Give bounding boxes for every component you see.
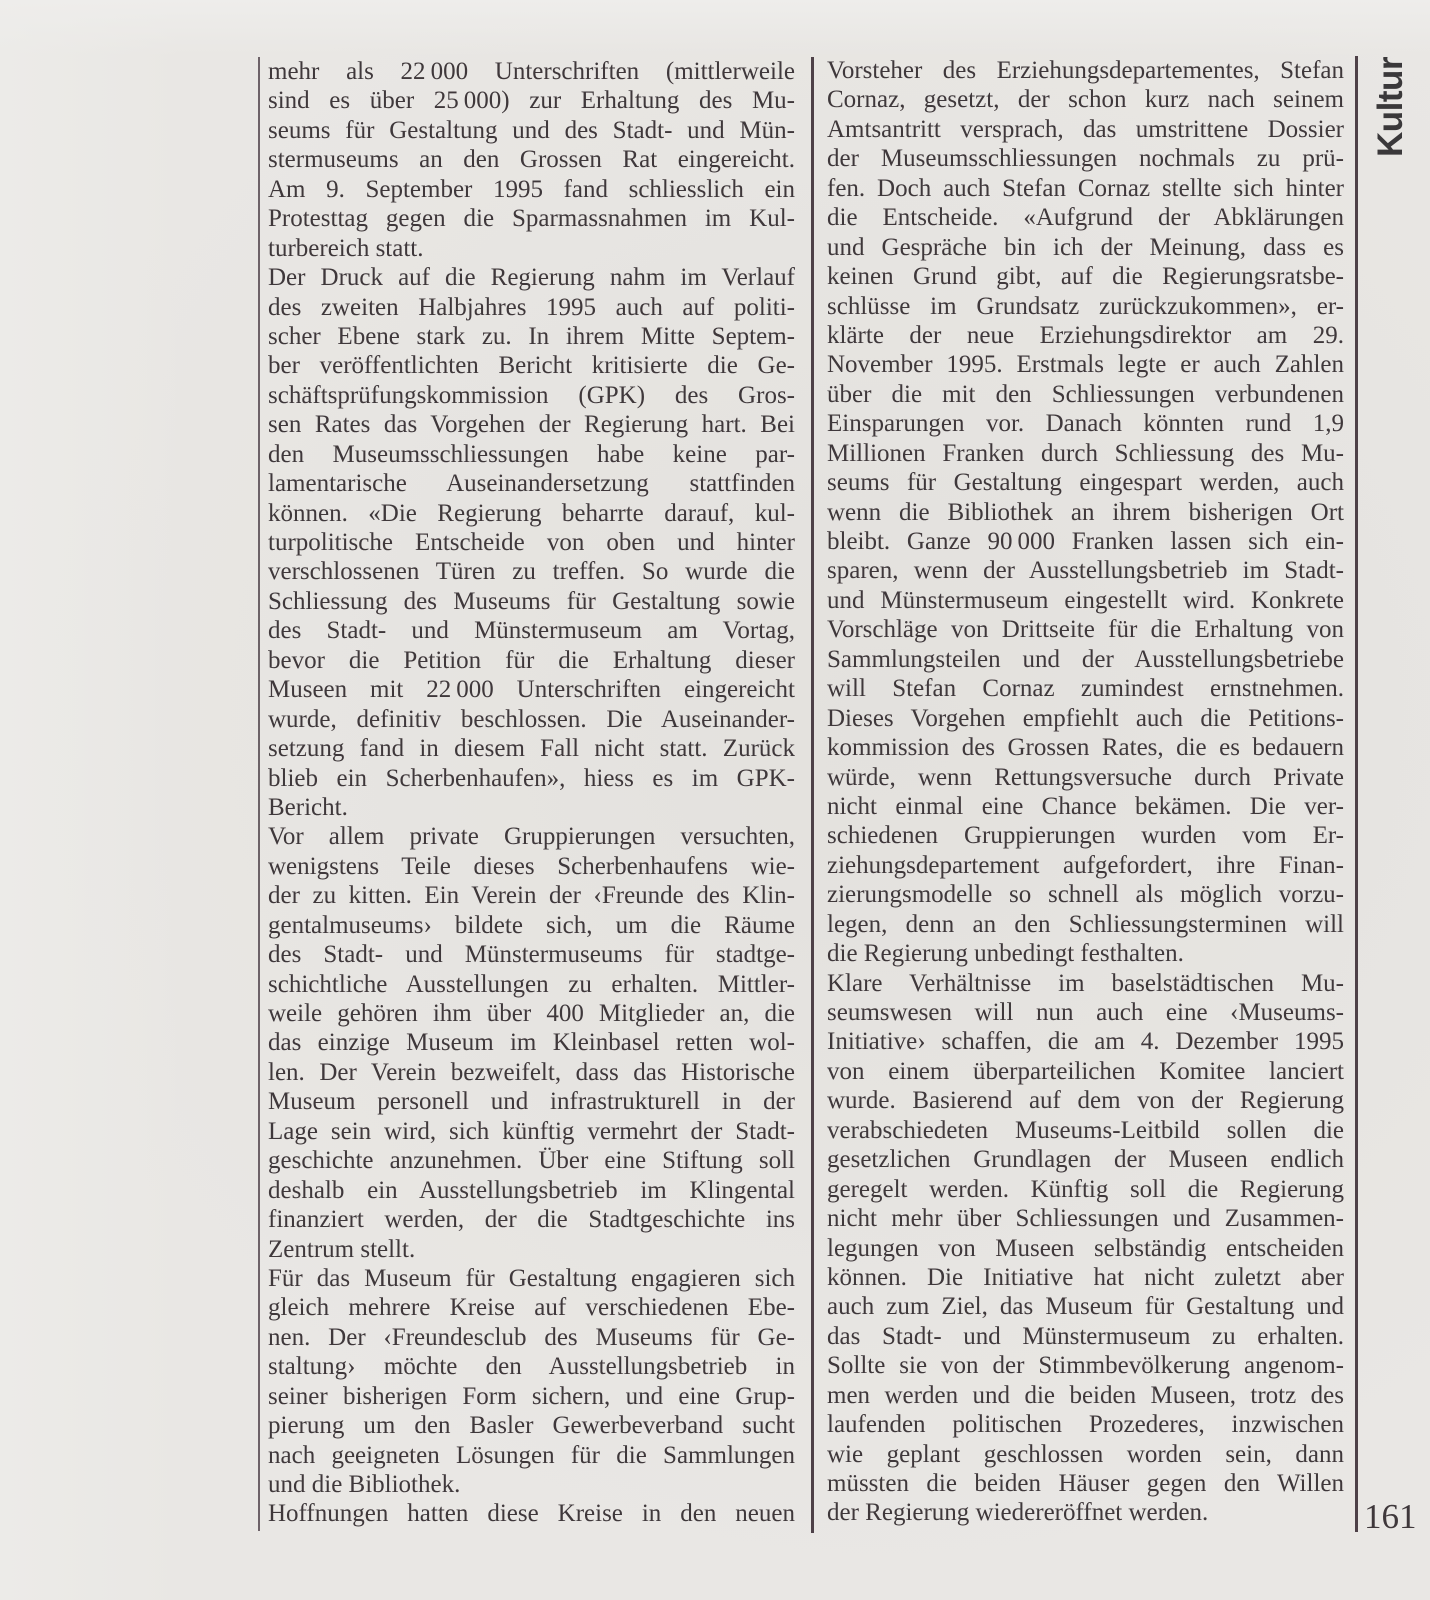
text-line: wurde, definitiv beschlossen. Die Ausein…: [268, 705, 795, 734]
text-line: können. «Die Regierung beharrte darauf, …: [268, 499, 795, 528]
text-line: Sollte sie von der Stimmbevölkerung ange…: [827, 1351, 1344, 1380]
text-line: November 1995. Erstmals legte er auch Za…: [827, 350, 1344, 379]
text-line: Amtsantritt versprach, das umstrittene D…: [827, 115, 1344, 144]
text-line: Initiative› schaffen, die am 4. Dezember…: [827, 1027, 1344, 1056]
text-line: verschlossenen Türen zu treffen. So wurd…: [268, 557, 795, 586]
text-line: Millionen Franken durch Schliessung des …: [827, 439, 1344, 468]
text-line: Am 9. September 1995 fand schliesslich e…: [268, 175, 795, 204]
text-line: das einzige Museum im Kleinbasel retten …: [268, 1028, 795, 1057]
text-line: geregelt werden. Künftig soll die Regier…: [827, 1175, 1344, 1204]
text-line: deshalb ein Ausstellungsbetrieb im Kling…: [268, 1176, 795, 1205]
text-line: gentalmuseums› bildete sich, um die Räum…: [268, 911, 795, 940]
text-line: die Regierung unbedingt festhalten.: [827, 939, 1344, 968]
text-line: Zentrum stellt.: [268, 1235, 795, 1264]
text-line: würde, wenn Rettungsversuche durch Priva…: [827, 763, 1344, 792]
text-line: nach geeigneten Lösungen für die Sammlun…: [268, 1441, 795, 1470]
text-line: gesetzlichen Grundlagen der Museen endli…: [827, 1145, 1344, 1174]
text-line: der Regierung wiedereröffnet werden.: [827, 1498, 1344, 1527]
text-line: der Museumsschliessungen nochmals zu prü…: [827, 144, 1344, 173]
text-line: die Entscheide. «Aufgrund der Abklärunge…: [827, 203, 1344, 232]
text-line: sind es über 25 000) zur Erhaltung des M…: [268, 86, 795, 115]
text-line: Cornaz, gesetzt, der schon kurz nach sei…: [827, 85, 1344, 114]
text-line: der zu kitten. Ein Verein der ‹Freunde d…: [268, 881, 795, 910]
text-line: gleich mehrere Kreise auf verschiedenen …: [268, 1293, 795, 1322]
text-line: finanziert werden, der die Stadtgeschich…: [268, 1205, 795, 1234]
text-line: schichtliche Ausstellungen zu erhalten. …: [268, 970, 795, 999]
text-line: bevor die Petition für die Erhaltung die…: [268, 646, 795, 675]
text-line: schiedenen Gruppierungen wurden vom Er-: [827, 821, 1344, 850]
text-line: staltung› möchte den Ausstellungsbetrieb…: [268, 1352, 795, 1381]
text-line: turpolitische Entscheide von oben und hi…: [268, 528, 795, 557]
text-line: wenigstens Teile dieses Scherbenhaufens …: [268, 852, 795, 881]
text-line: schäftsprüfungskommission (GPK) des Gros…: [268, 381, 795, 410]
text-line: keinen Grund gibt, auf die Regierungsrat…: [827, 262, 1344, 291]
text-line: und Münstermuseum eingestellt wird. Konk…: [827, 586, 1344, 615]
text-line: weile gehören ihm über 400 Mitglieder an…: [268, 999, 795, 1028]
text-line: nicht mehr über Schliessungen und Zusamm…: [827, 1204, 1344, 1233]
text-line: über die mit den Schliessungen verbunden…: [827, 380, 1344, 409]
text-line: Museen mit 22 000 Unterschriften eingere…: [268, 675, 795, 704]
column-divider-rule: [811, 57, 814, 1533]
text-line: seums für Gestaltung eingespart werden, …: [827, 468, 1344, 497]
text-line: men werden und die beiden Museen, trotz …: [827, 1381, 1344, 1410]
text-line: Museum personell und infrastrukturell in…: [268, 1087, 795, 1116]
text-line: Der Druck auf die Regierung nahm im Verl…: [268, 263, 795, 292]
text-line: Vorschläge von Drittseite für die Erhalt…: [827, 615, 1344, 644]
text-line: seumswesen will nun auch eine ‹Museums-: [827, 998, 1344, 1027]
text-line: seums für Gestaltung und des Stadt- und …: [268, 116, 795, 145]
text-line: Bericht.: [268, 793, 795, 822]
text-line: Vor allem private Gruppierungen versucht…: [268, 822, 795, 851]
text-line: kommission des Grossen Rates, die es bed…: [827, 733, 1344, 762]
text-line: lamentarische Auseinandersetzung stattfi…: [268, 469, 795, 498]
text-line: legungen von Museen selbständig entschei…: [827, 1234, 1344, 1263]
text-line: müssten die beiden Häuser gegen den Will…: [827, 1469, 1344, 1498]
text-line: Einsparungen vor. Danach könnten rund 1,…: [827, 409, 1344, 438]
text-line: schlüsse im Grundsatz zurückzukommen», e…: [827, 292, 1344, 321]
scanned-magazine-page: mehr als 22 000 Unterschriften (mittlerw…: [0, 0, 1430, 1600]
text-line: nen. Der ‹Freundesclub des Museums für G…: [268, 1323, 795, 1352]
text-line: zierungsmodelle so schnell als möglich v…: [827, 880, 1344, 909]
text-line: pierung um den Basler Gewerbeverband suc…: [268, 1411, 795, 1440]
text-line: geschichte anzunehmen. Über eine Stiftun…: [268, 1146, 795, 1175]
text-line: nicht einmal eine Chance bekämen. Die ve…: [827, 792, 1344, 821]
right-margin-rule: [1355, 56, 1358, 1532]
section-label: Kultur: [1370, 54, 1412, 160]
text-line: des Stadt- und Münstermuseum am Vortag,: [268, 616, 795, 645]
text-line: von einem überparteilichen Komitee lanci…: [827, 1057, 1344, 1086]
text-line: und die Bibliothek.: [268, 1470, 795, 1499]
text-line: ber veröffentlichten Bericht kritisierte…: [268, 351, 795, 380]
text-line: das Stadt- und Münstermuseum zu erhalten…: [827, 1322, 1344, 1351]
text-line: des Stadt- und Münstermuseums für stadtg…: [268, 940, 795, 969]
text-line: will Stefan Cornaz zumindest ernstnehmen…: [827, 674, 1344, 703]
article-column-left: mehr als 22 000 Unterschriften (mittlerw…: [268, 57, 795, 1529]
text-line: len. Der Verein bezweifelt, dass das His…: [268, 1058, 795, 1087]
text-line: legen, denn an den Schliessungsterminen …: [827, 910, 1344, 939]
article-column-right: Vorsteher des Erziehungsdepartementes, S…: [827, 56, 1344, 1528]
text-line: bleibt. Ganze 90 000 Franken lassen sich…: [827, 527, 1344, 556]
text-line: Vorsteher des Erziehungsdepartementes, S…: [827, 56, 1344, 85]
text-line: blieb ein Scherbenhaufen», hiess es im G…: [268, 764, 795, 793]
text-line: fen. Doch auch Stefan Cornaz stellte sic…: [827, 174, 1344, 203]
text-line: Sammlungsteilen und der Ausstellungsbetr…: [827, 645, 1344, 674]
text-line: verabschiedeten Museums-Leitbild sollen …: [827, 1116, 1344, 1145]
text-line: den Museumsschliessungen habe keine par-: [268, 440, 795, 469]
text-line: Dieses Vorgehen empfiehlt auch die Petit…: [827, 704, 1344, 733]
text-line: Lage sein wird, sich künftig vermehrt de…: [268, 1117, 795, 1146]
text-line: turbereich statt.: [268, 234, 795, 263]
text-line: und Gespräche bin ich der Meinung, dass …: [827, 233, 1344, 262]
text-line: Protesttag gegen die Sparmassnahmen im K…: [268, 204, 795, 233]
text-line: setzung fand in diesem Fall nicht statt.…: [268, 734, 795, 763]
text-line: klärte der neue Erziehungsdirektor am 29…: [827, 321, 1344, 350]
text-line: können. Die Initiative hat nicht zuletzt…: [827, 1263, 1344, 1292]
text-line: Schliessung des Museums für Gestaltung s…: [268, 587, 795, 616]
text-line: wie geplant geschlossen worden sein, dan…: [827, 1440, 1344, 1469]
text-line: ziehungsdepartement aufgefordert, ihre F…: [827, 851, 1344, 880]
text-line: Für das Museum für Gestaltung engagieren…: [268, 1264, 795, 1293]
text-line: auch zum Ziel, das Museum für Gestaltung…: [827, 1292, 1344, 1321]
text-line: scher Ebene stark zu. In ihrem Mitte Sep…: [268, 322, 795, 351]
text-line: laufenden politischen Prozederes, inzwis…: [827, 1410, 1344, 1439]
left-margin-rule: [258, 57, 260, 1531]
text-line: Klare Verhältnisse im baselstädtischen M…: [827, 969, 1344, 998]
text-line: stermuseums an den Grossen Rat eingereic…: [268, 145, 795, 174]
text-line: sen Rates das Vorgehen der Regierung har…: [268, 410, 795, 439]
text-line: wenn die Bibliothek an ihrem bisherigen …: [827, 498, 1344, 527]
page-number: 161: [1364, 1498, 1417, 1536]
text-line: seiner bisherigen Form sichern, und eine…: [268, 1382, 795, 1411]
text-line: sparen, wenn der Ausstellungsbetrieb im …: [827, 556, 1344, 585]
text-line: mehr als 22 000 Unterschriften (mittlerw…: [268, 57, 795, 86]
text-line: des zweiten Halbjahres 1995 auch auf pol…: [268, 293, 795, 322]
text-line: wurde. Basierend auf dem von der Regieru…: [827, 1086, 1344, 1115]
text-line: Hoffnungen hatten diese Kreise in den ne…: [268, 1499, 795, 1528]
